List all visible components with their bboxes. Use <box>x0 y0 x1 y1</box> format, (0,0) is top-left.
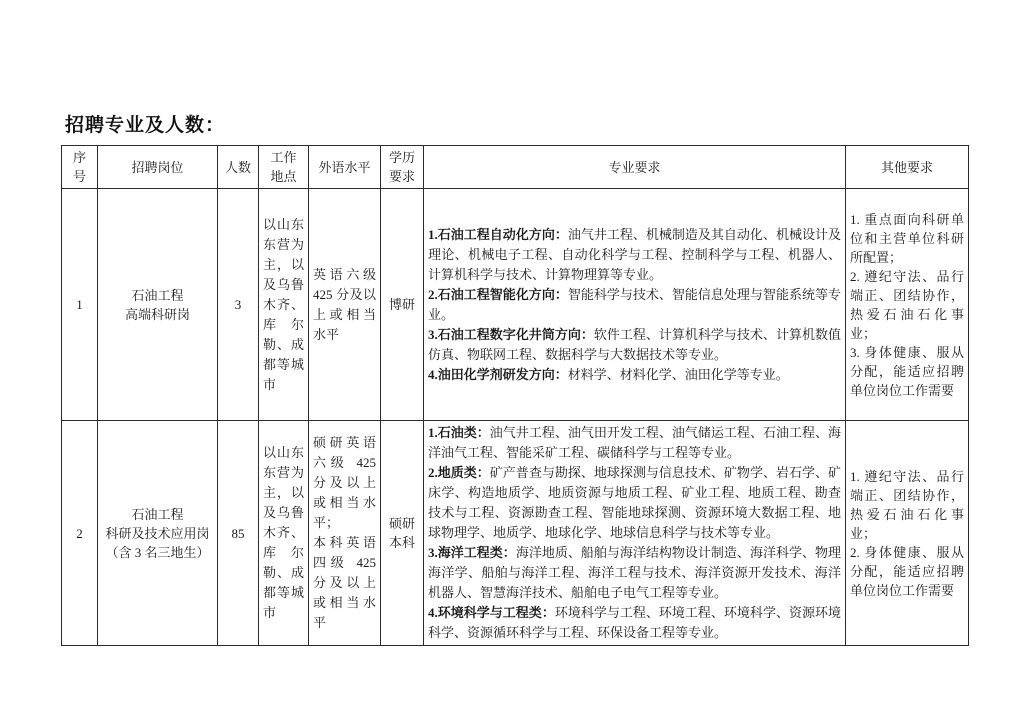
position-cell: 石油工程 科研及技术应用岗 （含 3 名三地生） <box>98 421 218 646</box>
major-text: 材料学、材料化学、油田化学等专业。 <box>568 367 789 382</box>
major-item: 4.油田化学剂研发方向：材料学、材料化学、油田化学等专业。 <box>428 365 841 385</box>
seq-cell: 2 <box>62 421 98 646</box>
header-majors: 专业要求 <box>424 146 846 189</box>
location-cell: 以山东东营为主，以及乌鲁木齐、库尔勒、成都等城市 <box>259 189 309 421</box>
recruitment-table: 序 号 招聘岗位 人数 工作 地点 外语水平 学历 要求 专业要求 其他要求 1… <box>61 145 969 646</box>
table-row: 1 石油工程 高端科研岗 3 以山东东营为主，以及乌鲁木齐、库尔勒、成都等城市 … <box>62 189 969 421</box>
education-cell: 博研 <box>381 189 424 421</box>
location-cell: 以山东东营为主，以及乌鲁木齐、库尔勒、成都等城市 <box>259 421 309 646</box>
header-count: 人数 <box>218 146 259 189</box>
header-other: 其他要求 <box>846 146 969 189</box>
header-language: 外语水平 <box>309 146 381 189</box>
other-requirements-cell: 1. 重点面向科研单位和主营单位科研所配置； 2. 遵纪守法、品行端正、团结协作… <box>846 189 969 421</box>
position-cell: 石油工程 高端科研岗 <box>98 189 218 421</box>
major-label: 4.油田化学剂研发方向： <box>428 367 568 382</box>
majors-cell: 1.石油工程自动化方向：油气井工程、机械制造及其自动化、机械设计及理论、机械电子… <box>424 189 846 421</box>
page-title: 招聘专业及人数： <box>65 110 225 137</box>
major-label: 1.石油类： <box>428 425 490 440</box>
major-label: 2.地质类： <box>428 465 490 480</box>
major-item: 1.石油类：油气井工程、油气田开发工程、油气储运工程、石油工程、海洋油气工程、智… <box>428 423 841 463</box>
major-item: 4.环境科学与工程类：环境科学与工程、环境工程、环境科学、资源环境科学、资源循环… <box>428 603 841 643</box>
table-row: 2 石油工程 科研及技术应用岗 （含 3 名三地生） 85 以山东东营为主，以及… <box>62 421 969 646</box>
language-cell: 英语六级 425 分及以上或相当水平 <box>309 189 381 421</box>
other-requirements-cell: 1. 遵纪守法、品行端正、团结协作，热爱石油石化事业； 2. 身体健康、服从分配… <box>846 421 969 646</box>
major-label: 3.海洋工程类： <box>428 545 516 560</box>
seq-cell: 1 <box>62 189 98 421</box>
majors-cell: 1.石油类：油气井工程、油气田开发工程、油气储运工程、石油工程、海洋油气工程、智… <box>424 421 846 646</box>
major-text: 矿产普查与勘探、地球探测与信息技术、矿物学、岩石学、矿床学、构造地质学、地质资源… <box>428 465 841 540</box>
count-cell: 85 <box>218 421 259 646</box>
header-seq: 序 号 <box>62 146 98 189</box>
major-label: 4.环境科学与工程类： <box>428 605 555 620</box>
major-item: 2.石油工程智能化方向：智能科学与技术、智能信息处理与智能系统等专业。 <box>428 285 841 325</box>
language-cell: 硕研英语六级 425 分及以上或相当水平； 本科英语四级 425 分及以上或相当… <box>309 421 381 646</box>
major-item: 3.海洋工程类：海洋地质、船舶与海洋结构物设计制造、海洋科学、物理海洋学、船舶与… <box>428 543 841 603</box>
header-location: 工作 地点 <box>259 146 309 189</box>
education-cell: 硕研 本科 <box>381 421 424 646</box>
major-item: 1.石油工程自动化方向：油气井工程、机械制造及其自动化、机械设计及理论、机械电子… <box>428 225 841 285</box>
major-text: 油气井工程、油气田开发工程、油气储运工程、石油工程、海洋油气工程、智能采矿工程、… <box>428 425 841 460</box>
header-row: 序 号 招聘岗位 人数 工作 地点 外语水平 学历 要求 专业要求 其他要求 <box>62 146 969 189</box>
major-label: 2.石油工程智能化方向： <box>428 287 568 302</box>
count-cell: 3 <box>218 189 259 421</box>
major-label: 1.石油工程自动化方向： <box>428 227 568 242</box>
major-label: 3.石油工程数字化井筒方向： <box>428 327 594 342</box>
major-item: 3.石油工程数字化井筒方向：软件工程、计算机科学与技术、计算机数值仿真、物联网工… <box>428 325 841 365</box>
header-education: 学历 要求 <box>381 146 424 189</box>
header-position: 招聘岗位 <box>98 146 218 189</box>
major-item: 2.地质类：矿产普查与勘探、地球探测与信息技术、矿物学、岩石学、矿床学、构造地质… <box>428 463 841 543</box>
